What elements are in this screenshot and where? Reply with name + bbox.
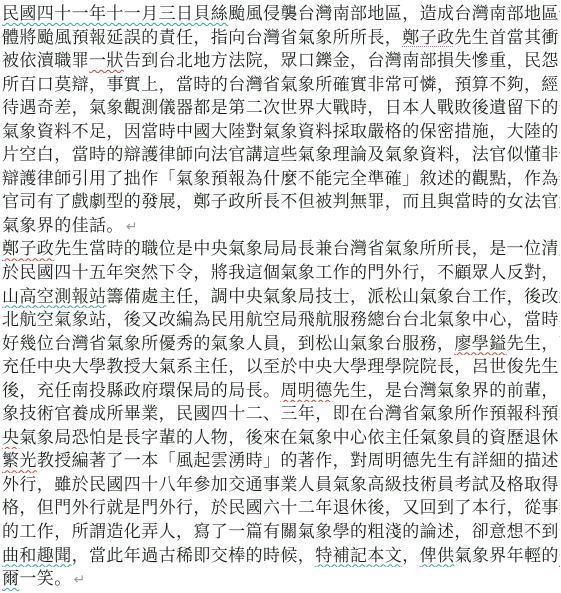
squiggle-spelling-segment: 俊彥 [559, 546, 560, 565]
text-line: 體將颱風預報延誤的責任，指向台灣省氣象所所長，鄭子政先生首當其衝，經監察院調查後 [2, 26, 560, 50]
text-line: 格，但門外行就是門外行，於民國六十二年退休後，又回到了本行，從事無線電系統整合↵ [2, 496, 560, 520]
text-line: 氣象界的佳話。↵ [2, 214, 560, 238]
text-segment: 官司有了戲劇型的發展，鄭子政所長不但被判無罪，而且與當時的女法官結成了夫婦，成為 [2, 192, 560, 211]
text-segment: 氣象界的佳話。 [2, 216, 124, 235]
text-line: 官司有了戲劇型的發展，鄭子政所長不但被判無罪，而且與當時的女法官結成了夫婦，成為 [2, 190, 560, 214]
text-line: 後，充任南投縣政府環保局的局長。周明德先生，是台灣氣象界的前輩，日本佔領時期，氣 [2, 379, 560, 403]
text-line: 片空白，當時的辯護律師向法官講這些氣象理論及氣象資料，法官似懂非懂不能接受，後來 [2, 143, 560, 167]
text-line: 北航空氣象站，後又改編為民用航空局飛航服務總台台北氣象中心，當時鄭子政先生調了↵ [2, 308, 560, 332]
text-line: 央氣象局恐怕是長字輩的人物，後來在氣象中心依主任氣象員的資歷退休，最近淡江大學黃 [2, 426, 560, 450]
text-line: 山高空測報站籌備處主任，調中央氣象局技士，派松山氣象台工作，後改編為民用航空局台 [2, 285, 560, 309]
text-segment: ， [402, 546, 419, 565]
text-line: 象技術官養成所畢業，民國四十二、三年，即在台灣省氣象所作預報科預報股股長，留在中 [2, 402, 560, 426]
text-segment: 待遇奇差，氣象觀測儀器都是第二次世界大戰時，日本人戰敗後遺留下的舊品，更可悲的是 [2, 98, 560, 117]
text-segment: 好幾位台灣省氣象所優秀的氣象人員，到松山氣象台服務， [2, 334, 454, 353]
document-page: 民國四十一年十一月三日貝絲颱風侵襲台灣南部地區，造成台灣南部地區慘重損失，新聞媒… [0, 0, 561, 593]
text-segment: 辯護律師引用了拙作「氣象預報為什麼不能完全準確」敘述的觀點，作為辯護的論點，本案 [2, 169, 560, 188]
text-line: 民國四十一年十一月三日貝絲颱風侵襲台灣南部地區，造成台灣南部地區慘重損失，新聞媒 [2, 2, 560, 26]
squiggle-grammar-segment: 特補記本文 [315, 546, 402, 565]
text-line: 繁光教授編著了一本「風起雲湧時」的著作，對周明德先生有詳細的描述，筆者這個氣象門 [2, 449, 560, 473]
text-segment: 象技術官養成所畢業，民國四十二、三年，即在台灣省氣象所作預報科預報股股長，留在中 [2, 404, 560, 423]
text-segment: 氣象界年輕的 [454, 546, 558, 565]
text-segment: 北航空氣象站，後又改編為民用航空局飛航服務總台台北氣象中心，當時鄭子政先生調了 [2, 310, 560, 329]
text-segment: 於民國四十五年突然下令，將我這個氣象工作的門外行，不顧眾人反對，由台灣省氣象 [2, 263, 560, 282]
squiggle-spelling-segment: 鄭子政 [2, 239, 54, 258]
text-segment: 颱風侵襲台灣南部地區，造成台灣南部地區慘重損失，新聞媒 [228, 4, 560, 23]
text-segment: 一笑。 [19, 569, 71, 588]
text-line: 曲和趣聞，當此年過古稀即交棒的時候，特補記本文，俾供氣象界年輕的俊彥與先賢略作玩 [2, 544, 560, 568]
text-segment: 先生，是台灣氣象界的前輩，日本佔領時期，氣 [333, 381, 560, 400]
paragraph-return-icon: ↵ [72, 572, 86, 588]
text-segment: 先生，離開松山氣象台後， [507, 334, 560, 353]
text-segment: 外行，雖於民國四十八年參加交通事業人員氣象高級技術員考試及格取得了氣象預報員的資 [2, 475, 560, 494]
text-segment: 教授編著了一本「風起雲湧時」的著作，對周明德先生有詳細的描述，筆者這個氣象門 [37, 451, 560, 470]
squiggle-grammar-segment: 爾 [2, 569, 19, 588]
text-segment: 後，充任南投縣政府環保局的局長。 [2, 381, 280, 400]
text-segment: 籌備處主任，調中央氣象局技士，派松山氣象台工作，後改編為民用航空局台 [106, 287, 560, 306]
document-body: 民國四十一年十一月三日貝絲颱風侵襲台灣南部地區，造成台灣南部地區慘重損失，新聞媒… [2, 2, 560, 591]
text-line: 爾一笑。↵ [2, 567, 560, 591]
text-segment: 先生首當其衝，經監察院調查後 [454, 28, 560, 47]
text-segment: ，當此年過古稀即交棒的時候， [72, 546, 316, 565]
squiggle-spelling-segment: 周明德 [280, 381, 332, 400]
squiggle-spelling-segment: 央 [2, 428, 19, 447]
squiggle-grammar-segment: 山高空測報站 [2, 287, 106, 306]
text-line: 外行，雖於民國四十八年參加交通事業人員氣象高級技術員考試及格取得了氣象預報員的資 [2, 473, 560, 497]
text-line: 被依瀆職罪一狀告到台北地方法院，眾口鑠金，台灣南部損失慘重，民怨沸騰，台灣省氣象 [2, 49, 560, 73]
text-segment: 告到台北地方法院，眾口鑠金，台灣南部損失慘重，民怨沸騰，台灣省氣象 [124, 51, 560, 70]
squiggle-grammar-segment: 曲和趣聞 [2, 546, 72, 565]
squiggle-spelling-segment: 一狀 [89, 51, 124, 70]
text-line: 充任中央大學教授大氣系主任，以至於中央大學理學院院長，呂世俊先生，離開松山氣象台 [2, 355, 560, 379]
text-segment: 體將颱風預報延誤的責任，指向台灣省氣象所所長， [2, 28, 402, 47]
text-segment: 的工作，所謂造化弄人，寫了一篇有關氣象學的粗淺的論述，卻意想不到發生了這麼多的側 [2, 522, 560, 541]
text-segment: 氣象局恐怕是長字輩的人物，後來在氣象中心依主任氣象員的資歷退休，最近淡江大學黃 [19, 428, 560, 447]
squiggle-grammar-segment: 俾供 [420, 546, 455, 565]
text-segment: 片空白，當時的辯護律師向法官講這些氣象理論及氣象資料，法官似懂非懂不能接受，後來 [2, 145, 560, 164]
squiggle-spelling-segment: 廖學鎰 [454, 334, 506, 353]
text-segment: 格，但門外行就是門外行，於民國六十二年退休後，又回到了本行，從事無線電系統整合 [2, 498, 560, 517]
text-line: 的工作，所謂造化弄人，寫了一篇有關氣象學的粗淺的論述，卻意想不到發生了這麼多的側 [2, 520, 560, 544]
text-segment: 所百口莫辯，事實上，當時的台灣省氣象所確實非常可憐，預算不夠，經費不足，工作人員 [2, 75, 560, 94]
text-segment: 先生當時的職位是中央氣象局局長兼台灣省氣象所所長，是一位清廉而耿直的學者， [54, 239, 560, 258]
text-line: 辯護律師引用了拙作「氣象預報為什麼不能完全準確」敘述的觀點，作為辯護的論點，本案 [2, 167, 560, 191]
text-line: 鄭子政先生當時的職位是中央氣象局局長兼台灣省氣象所所長，是一位清廉而耿直的學者， [2, 237, 560, 261]
text-segment: 充任中央大學教授大氣系主任，以至於中央大學理學院院長，呂世俊先生，離開松山氣象台 [2, 357, 560, 376]
squiggle-spelling-segment: 繁光 [2, 451, 37, 470]
text-line: 所百口莫辯，事實上，當時的台灣省氣象所確實非常可憐，預算不夠，經費不足，工作人員 [2, 73, 560, 97]
text-line: 氣象資料不足，因當時中國大陸對氣象資料採取嚴格的保密措施，大陸的氣象觀測資料，一 [2, 120, 560, 144]
text-line: 於民國四十五年突然下令，將我這個氣象工作的門外行，不顧眾人反對，由台灣省氣象所文 [2, 261, 560, 285]
text-line: 待遇奇差，氣象觀測儀器都是第二次世界大戰時，日本人戰敗後遺留下的舊品，更可悲的是 [2, 96, 560, 120]
text-segment: 氣象資料不足，因當時中國大陸對氣象資料採取嚴格的保密措施，大陸的氣象觀測資料，一 [2, 122, 560, 141]
paragraph-return-icon: ↵ [124, 219, 138, 235]
text-segment: 被依瀆職罪 [2, 51, 89, 70]
text-line: 好幾位台灣省氣象所優秀的氣象人員，到松山氣象台服務，廖學鎰先生，離開松山氣象台後… [2, 332, 560, 356]
squiggle-smarttag-segment: 鄭子政 [402, 28, 454, 47]
squiggle-grammar-segment: 民國四十一年十一月三日貝絲 [2, 4, 228, 23]
